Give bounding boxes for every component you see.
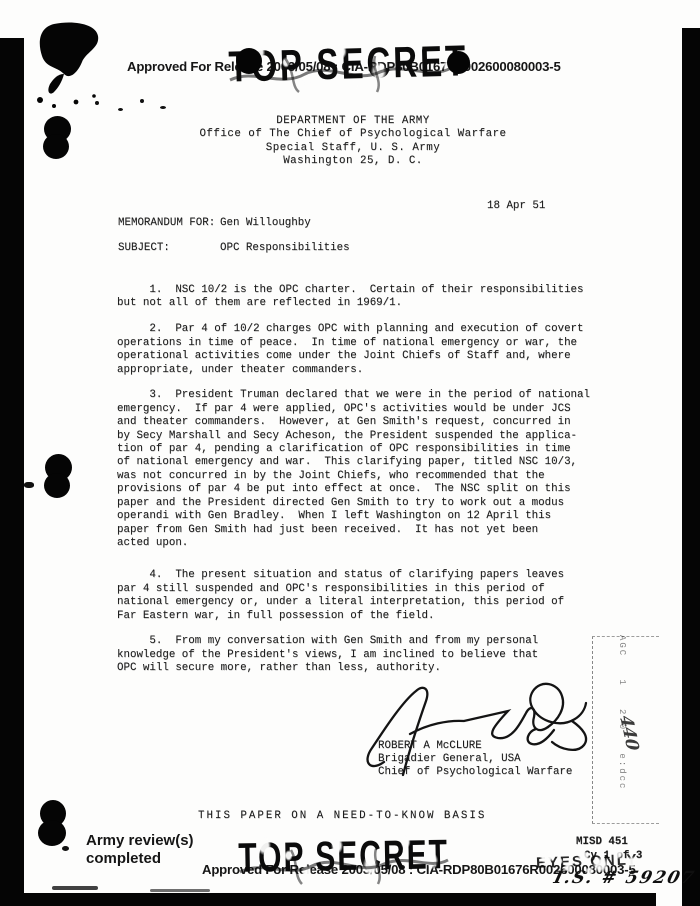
letterhead: DEPARTMENT OF THE ARMY Office of The Chi… <box>24 115 682 169</box>
army-review-line2: completed <box>86 850 194 868</box>
paragraph-3: 3. President Truman declared that we wer… <box>117 389 607 550</box>
subject-value: OPC Responsibilities <box>220 242 350 255</box>
scan-edge-right <box>682 28 700 906</box>
scanned-memo-page: { "page": { "paper_color": "#fdfdfc", "i… <box>0 0 700 906</box>
ink-speck <box>160 106 166 109</box>
ink-dot <box>447 51 470 74</box>
paragraph-2: 2. Par 4 of 10/2 charges OPC with planni… <box>117 323 607 377</box>
ink-speck <box>140 99 144 103</box>
scan-edge-left <box>0 38 24 906</box>
paragraph-1: 1. NSC 10/2 is the OPC charter. Certain … <box>117 284 607 311</box>
ink-speck <box>118 108 123 111</box>
memo-body: 1. NSC 10/2 is the OPC charter. Certain … <box>117 284 607 688</box>
signer-title: Chief of Psychological Warfare <box>378 766 572 779</box>
subject-label: SUBJECT: <box>118 242 170 255</box>
ink-speck <box>95 101 99 105</box>
army-review-line1: Army review(s) <box>86 832 194 850</box>
misd-number: MISD 451 <box>576 836 628 849</box>
memo-date: 18 Apr 51 <box>487 200 545 213</box>
paragraph-4: 4. The present situation and status of c… <box>117 569 607 623</box>
scan-smudge <box>150 889 210 892</box>
stamp-obliteration-scribble-bottom <box>236 844 451 886</box>
paragraph-5: 5. From my conversation with Gen Smith a… <box>117 635 607 675</box>
scan-smudge <box>52 886 98 890</box>
ink-blot-top-left <box>24 22 124 112</box>
scan-edge-bottom <box>0 893 656 906</box>
memorandum-for-value: Gen Willoughby <box>220 217 311 230</box>
letterhead-city: Washington 25, D. C. <box>24 155 682 168</box>
need-to-know-line: THIS PAPER ON A NEED-TO-KNOW BASIS <box>198 810 486 823</box>
ts-handwritten-number: T.S. # 59207 <box>550 868 698 888</box>
signer-rank: Brigadier General, USA <box>378 753 521 766</box>
army-review-annotation: Army review(s) completed <box>86 832 194 868</box>
signer-name: ROBERT A McCLURE <box>378 740 482 753</box>
receipt-stamp-rotated: AGC 1 2:0 e:dcc 440 <box>592 636 659 824</box>
letterhead-office: Office of The Chief of Psychological War… <box>24 128 682 141</box>
memorandum-for-label: MEMORANDUM FOR: <box>118 217 215 230</box>
ink-dot <box>236 48 262 74</box>
letterhead-staff: Special Staff, U. S. Army <box>24 142 682 155</box>
letterhead-department: DEPARTMENT OF THE ARMY <box>24 115 682 128</box>
